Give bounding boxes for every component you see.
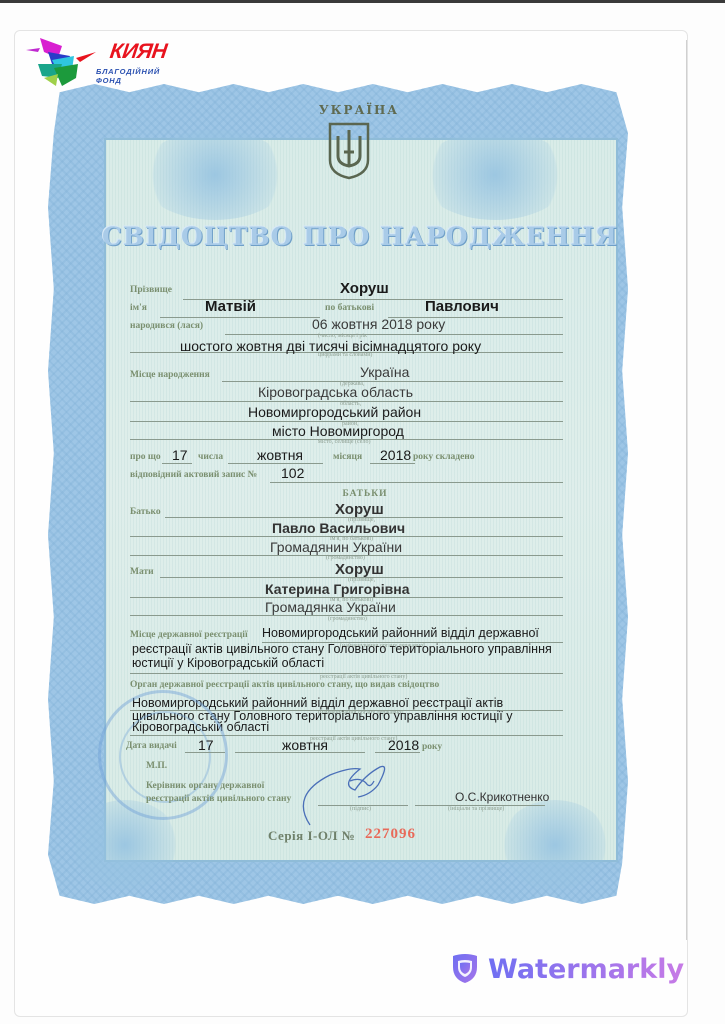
registration-line-2: реєстрації актів цивільного стану Головн… <box>132 642 552 656</box>
record-year: 2018 <box>380 447 411 463</box>
country-heading: УКРАЇНА <box>304 103 414 117</box>
ornament <box>500 800 610 890</box>
mother-surname: Хоруш <box>335 561 384 578</box>
birthplace-city: місто Новомиргород <box>272 423 404 439</box>
logo-name: КИЯН <box>108 40 168 64</box>
scan-right-edge <box>686 40 687 940</box>
field-line <box>160 317 320 318</box>
issue-month: жовтня <box>282 737 328 753</box>
head-name: О.С.Крикотненко <box>455 790 549 804</box>
hint: (ініціали та прізвище) <box>448 806 504 812</box>
record-month: жовтня <box>257 447 303 463</box>
trident-coat-of-arms-icon <box>328 122 370 180</box>
birthplace-district: Новомиргородський район <box>248 404 421 420</box>
father-label: Батько <box>130 507 161 517</box>
series-label: Серія І-ОЛ № <box>268 828 355 844</box>
surname-value: Хоруш <box>340 280 389 297</box>
hint: місто, селище (село) <box>318 439 370 445</box>
registration-place-label: Місце державної реєстрації <box>130 630 248 640</box>
issue-year-label: року <box>422 742 442 752</box>
hint: (громадянство) <box>328 616 367 622</box>
born-label: народився (лася) <box>130 321 203 331</box>
field-line <box>222 381 563 382</box>
surname-label: Прізвище <box>130 285 172 295</box>
field-line <box>162 463 192 464</box>
signature <box>270 755 410 835</box>
shield-icon <box>450 953 480 985</box>
patronymic-label: по батькові <box>325 303 374 313</box>
issue-day: 17 <box>198 737 214 753</box>
father-surname: Хоруш <box>335 501 384 518</box>
field-line <box>370 463 415 464</box>
watermark-text: Watermarkly <box>488 954 684 985</box>
series-number: 227096 <box>365 826 416 843</box>
father-name: Павло Васильович <box>272 520 405 536</box>
record-month-label: місяця <box>333 452 362 462</box>
hint: цифрами та словами) <box>318 352 372 358</box>
birthplace-region: Кіровоградська область <box>258 384 413 400</box>
seal-label: М.П. <box>146 761 167 771</box>
document-title: СВІДОЦТВО ПРО НАРОДЖЕННЯ <box>100 222 620 251</box>
registration-line-1: Новомиргородський районний відділ держав… <box>262 626 539 640</box>
field-line <box>228 463 323 464</box>
ornament <box>420 130 570 220</box>
record-number-label: відповідний актовий запис № <box>130 470 257 480</box>
registration-line-3: юстиції у Кіровоградській області <box>132 656 324 670</box>
record-year-label: року складено <box>413 452 475 462</box>
birthplace-country: Україна <box>360 364 409 380</box>
parents-heading: БАТЬКИ <box>300 489 430 499</box>
mother-name: Катерина Григорівна <box>265 581 409 597</box>
father-citizenship: Громадянин України <box>270 539 402 555</box>
field-line <box>225 334 563 335</box>
field-line <box>270 482 563 483</box>
record-prefix-label: про що <box>130 452 161 462</box>
record-day: 17 <box>172 447 188 463</box>
mother-label: Мати <box>130 567 154 577</box>
head-label-line-1: Керівник органу державної <box>146 781 264 791</box>
kyian-foundation-logo: КИЯН БЛАГОДІЙНИЙ ФОНД <box>18 34 168 90</box>
record-day-label: числа <box>198 452 223 462</box>
mother-citizenship: Громадянка України <box>265 599 396 615</box>
record-number: 102 <box>281 465 304 481</box>
watermarkly-watermark: Watermarkly <box>450 953 684 985</box>
issue-date-label: Дата видачі <box>126 741 177 751</box>
scan-top-edge <box>0 0 725 3</box>
birthplace-label: Місце народження <box>130 370 210 380</box>
patronymic-value: Павлович <box>425 298 499 315</box>
ornament <box>140 130 290 220</box>
logo-subtitle: БЛАГОДІЙНИЙ ФОНД <box>96 67 168 85</box>
issue-year: 2018 <box>388 737 419 753</box>
first-name-value: Матвій <box>205 298 256 315</box>
issuer-label: Орган державної реєстрації актів цивільн… <box>130 680 439 690</box>
birth-date-digits: 06 жовтня 2018 року <box>312 316 445 332</box>
first-name-label: ім'я <box>130 303 147 313</box>
